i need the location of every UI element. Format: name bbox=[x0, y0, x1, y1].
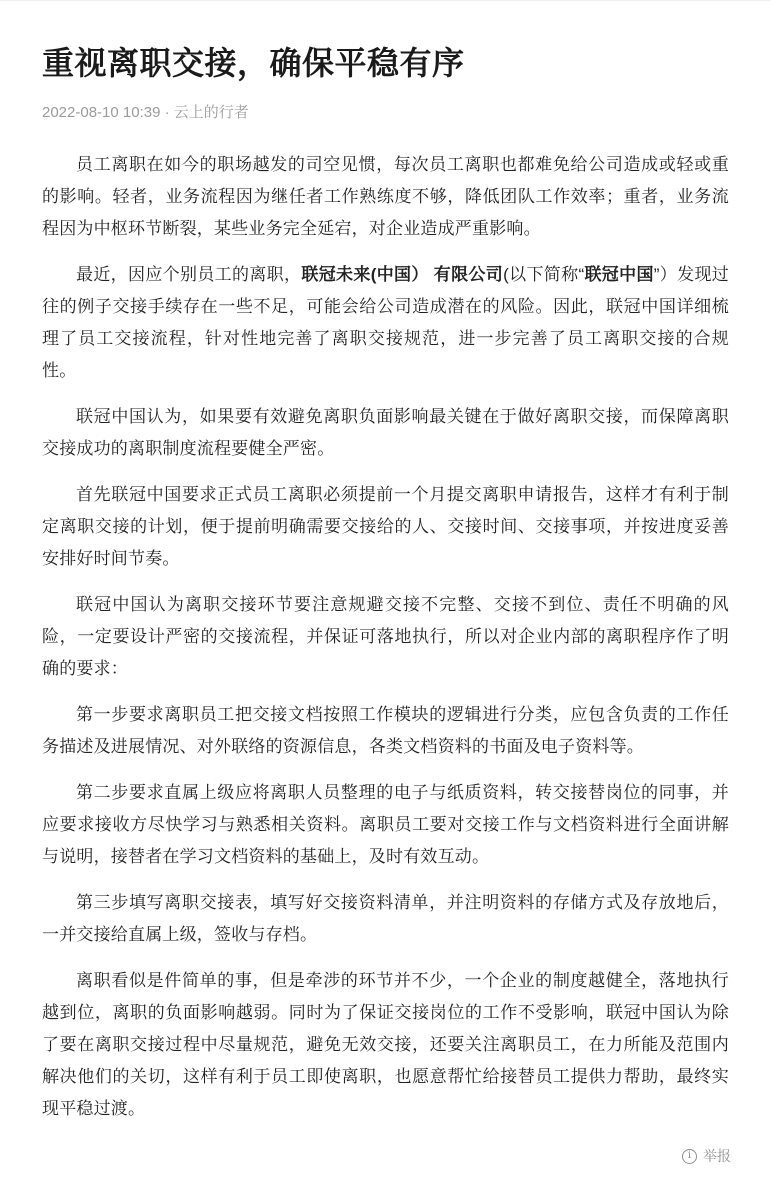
text-segment: 员工离职在如今的职场越发的司空见惯，每次员工离职也都难免给公司造成或轻或重的影响… bbox=[42, 155, 729, 238]
text-segment: 联冠中国认为，如果要有效避免离职负面影响最关键在于做好离职交接，而保障离职交接成… bbox=[42, 407, 729, 458]
paragraph: 离职看似是件简单的事，但是牵涉的环节并不少，一个企业的制度越健全，落地执行越到位… bbox=[42, 965, 729, 1125]
paragraph: 联冠中国认为，如果要有效避免离职负面影响最关键在于做好离职交接，而保障离职交接成… bbox=[42, 401, 729, 465]
paragraph: 联冠中国认为离职交接环节要注意规避交接不完整、交接不到位、责任不明确的风险，一定… bbox=[42, 589, 729, 685]
paragraph: 第三步填写离职交接表，填写好交接资料清单，并注明资料的存储方式及存放地后，一并交… bbox=[42, 887, 729, 951]
paragraph: 第二步要求直属上级应将离职人员整理的电子与纸质资料，转交接替岗位的同事，并应要求… bbox=[42, 777, 729, 873]
paragraph: 首先联冠中国要求正式员工离职必须提前一个月提交离职申请报告，这样才有利于制定离职… bbox=[42, 479, 729, 575]
report-button[interactable]: 举报 bbox=[682, 1146, 731, 1166]
paragraph: 最近，因应个别员工的离职，联冠未来(中国） 有限公司(以下简称“联冠中国”）发现… bbox=[42, 259, 729, 387]
report-label: 举报 bbox=[703, 1146, 731, 1166]
text-segment: 第一步要求离职员工把交接文档按照工作模块的逻辑进行分类，应包含负责的工作任务描述… bbox=[42, 705, 729, 756]
info-icon bbox=[682, 1149, 697, 1164]
article-body: 员工离职在如今的职场越发的司空见惯，每次员工离职也都难免给公司造成或轻或重的影响… bbox=[42, 149, 729, 1125]
article-page: 重视离职交接，确保平稳有序 2022-08-10 10:39 · 云上的行者 员… bbox=[0, 0, 771, 1179]
bold-text: 联冠未来(中国） 有限公司 bbox=[301, 265, 503, 284]
text-segment: 联冠中国认为离职交接环节要注意规避交接不完整、交接不到位、责任不明确的风险，一定… bbox=[42, 595, 729, 678]
article-footer: 举报 bbox=[682, 1145, 731, 1166]
text-segment: 首先联冠中国要求正式员工离职必须提前一个月提交离职申请报告，这样才有利于制定离职… bbox=[42, 485, 729, 568]
text-segment: 第三步填写离职交接表，填写好交接资料清单，并注明资料的存储方式及存放地后，一并交… bbox=[42, 893, 729, 944]
paragraph: 第一步要求离职员工把交接文档按照工作模块的逻辑进行分类，应包含负责的工作任务描述… bbox=[42, 699, 729, 763]
text-segment: 离职看似是件简单的事，但是牵涉的环节并不少，一个企业的制度越健全，落地执行越到位… bbox=[42, 971, 729, 1118]
bold-text: 联冠中国 bbox=[584, 265, 653, 284]
text-segment: 最近，因应个别员工的离职， bbox=[76, 265, 301, 284]
text-segment: 第二步要求直属上级应将离职人员整理的电子与纸质资料，转交接替岗位的同事，并应要求… bbox=[42, 783, 729, 866]
article-byline: 2022-08-10 10:39 · 云上的行者 bbox=[42, 104, 729, 122]
text-segment: (以下简称“ bbox=[503, 265, 584, 284]
paragraph: 员工离职在如今的职场越发的司空见惯，每次员工离职也都难免给公司造成或轻或重的影响… bbox=[42, 149, 729, 245]
page-title: 重视离职交接，确保平稳有序 bbox=[42, 41, 729, 86]
